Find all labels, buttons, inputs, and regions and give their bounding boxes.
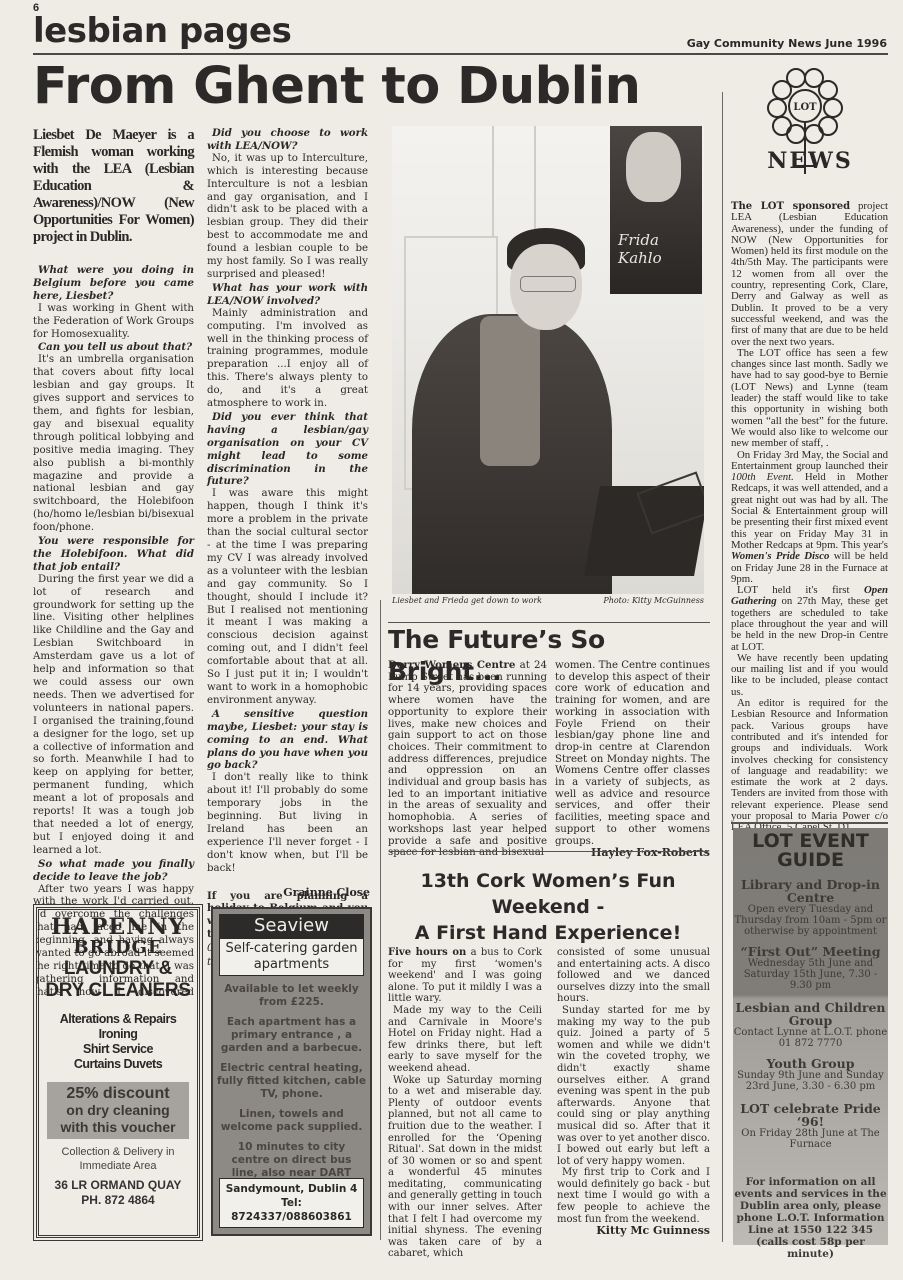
cork-byline: Kitty Mc Guinness <box>557 1225 710 1237</box>
question: What has your work with LEA/NOW involved… <box>207 282 368 308</box>
main-headline: From Ghent to Dublin <box>33 54 640 120</box>
section-rule <box>731 822 888 824</box>
info-line: For information on all events and servic… <box>733 1176 888 1260</box>
ad-phone: PH. 872 4864 <box>39 1193 197 1208</box>
answer: Mainly administration and computing. I'm… <box>207 308 368 411</box>
lot-event-guide: LOT EVENT GUIDE Library and Drop-in Cent… <box>733 828 888 1245</box>
lot-news-masthead: NEWS <box>760 148 860 174</box>
main-article-col-1: Liesbet De Maeyer is a Flemish woman wor… <box>33 127 194 997</box>
photo-caption: Liesbet and Frieda get down to work Phot… <box>392 596 704 605</box>
ad-contact: Sandymount, Dublin 4 Tel: 8724337/088603… <box>219 1178 364 1228</box>
guide-event: Lesbian and Children Group Contact Lynne… <box>733 1001 888 1049</box>
column-divider <box>722 92 723 1242</box>
svg-text:LOT: LOT <box>793 102 817 113</box>
section-rule <box>388 622 710 623</box>
question: So what made you finally decide to leave… <box>33 858 194 884</box>
answer: I was working in Ghent with the Federati… <box>33 303 194 342</box>
question: Can you tell us about that? <box>33 341 194 354</box>
question: What were you doing in Belgium before yo… <box>33 264 194 303</box>
column-divider <box>380 600 381 1240</box>
answer: No, it was up to Interculture, which is … <box>207 153 368 282</box>
guide-event: “First Out” Meeting Wednesday 5th June a… <box>733 945 888 991</box>
ad-brand: HAPENNY <box>39 916 197 938</box>
section-title: lesbian pages <box>33 10 291 52</box>
cork-col-2: consisted of some unusual and entertaini… <box>557 947 710 1237</box>
question: Did you ever think that having a lesbian… <box>207 411 368 488</box>
main-article-col-2: Did you choose to work with LEA/NOW? No,… <box>207 127 368 970</box>
future-col-1: Derry Womens Centre at 24 Pump Street ha… <box>388 660 547 859</box>
future-byline: Hayley Fox-Roberts <box>555 847 710 859</box>
seaview-ad: Seaview Self-catering garden apartments … <box>211 907 372 1236</box>
answer: I was aware this might happen, though I … <box>207 488 368 707</box>
guide-event: Youth Group Sunday 9th June and Sunday 2… <box>733 1057 888 1092</box>
issue-line: Gay Community News June 1996 <box>687 37 887 50</box>
ad-address: 36 LR ORMAND QUAY <box>39 1178 197 1193</box>
guide-event: Library and Drop-in Centre Open every Tu… <box>733 878 888 937</box>
future-col-2: women. The Centre continues to develop t… <box>555 660 710 859</box>
answer: During the first year we did a lot of re… <box>33 574 194 858</box>
article-intro: Liesbet De Maeyer is a Flemish woman wor… <box>33 127 194 246</box>
question: Did you choose to work with LEA/NOW? <box>207 127 368 153</box>
cork-headline: 13th Cork Women’s Fun Weekend - A First … <box>383 868 713 946</box>
section-rule <box>390 851 708 852</box>
guide-event: LOT celebrate Pride ‘96! On Friday 28th … <box>733 1102 888 1150</box>
question: You were responsible for the Holebifoon.… <box>33 535 194 574</box>
main-byline: Grainne Close <box>207 886 370 899</box>
answer: It's an umbrella organisation that cover… <box>33 354 194 535</box>
hapenny-bridge-ad: HAPENNY BRIDGE LAUNDRY & DRY CLEANERS Al… <box>36 907 200 1238</box>
answer: I don't really like to think about it! I… <box>207 772 368 875</box>
frida-kahlo-poster: Frida Kahlo <box>610 126 702 294</box>
discount-voucher: 25% discount on dry cleaning with this v… <box>47 1082 189 1139</box>
photo-liesbet: Frida Kahlo <box>392 126 704 594</box>
question: A sensitive question maybe, Liesbet: you… <box>207 708 368 773</box>
ad-title: Seaview <box>219 914 364 938</box>
cork-col-1: Five hours on a bus to Cork for my first… <box>388 947 542 1260</box>
photo-credit: Photo: Kitty McGuinness <box>603 596 704 605</box>
lot-news-column: The LOT sponsored project LEA (Lesbian E… <box>731 201 888 834</box>
